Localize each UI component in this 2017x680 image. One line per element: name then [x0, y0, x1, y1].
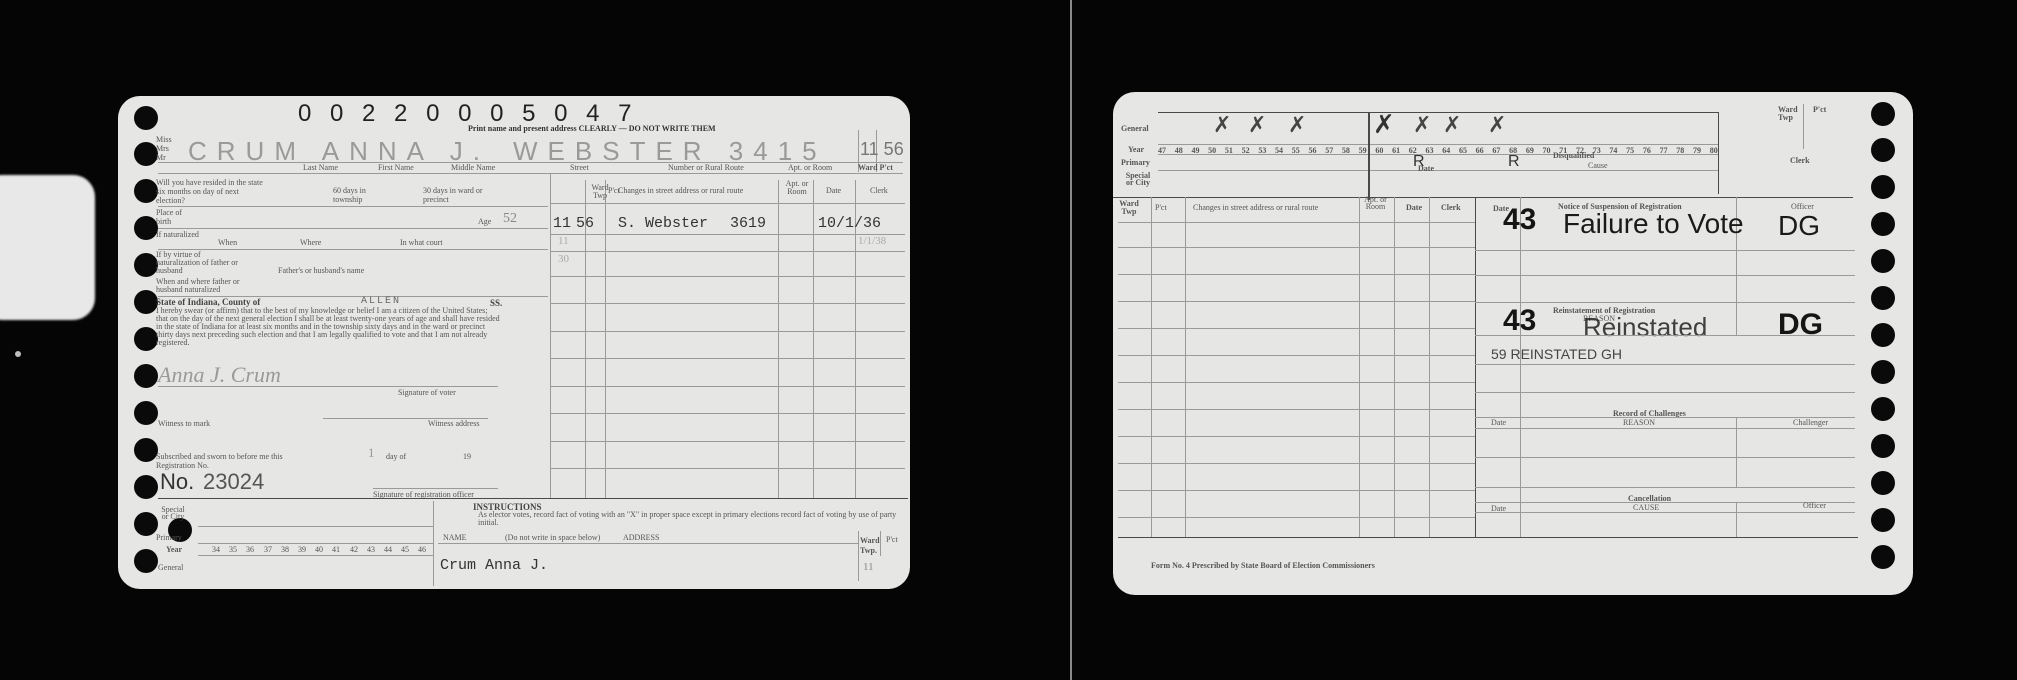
- col-ward-twp: Ward Twp: [1118, 200, 1140, 216]
- reinstatement-stamp-number: 43: [1503, 306, 1536, 336]
- index-ward-label: Ward Twp.: [860, 536, 880, 556]
- punch-hole: [134, 290, 158, 314]
- vote-mark: ✗: [1413, 114, 1431, 136]
- day-of-label: day of: [386, 453, 406, 461]
- index-name: Crum Anna J.: [440, 558, 548, 573]
- vote-mark: ✗: [1213, 114, 1231, 136]
- label-ward-pct: Ward P'ct: [858, 164, 893, 172]
- punch-hole: [1871, 286, 1895, 310]
- dont-write-label: (Do not write in space below): [505, 534, 600, 542]
- registration-card-back: General Year Primary Special or City 47 …: [1113, 92, 1913, 595]
- col-apt-room: Apt. or Room: [1363, 196, 1388, 210]
- punch-hole: [1871, 471, 1895, 495]
- punch-hole: [1871, 397, 1895, 421]
- film-frame-divider: [1070, 0, 1072, 680]
- punch-hole: [134, 216, 158, 240]
- index-pct-label: P'ct: [886, 536, 898, 544]
- punch-hole: [1871, 102, 1895, 126]
- age-label: Age: [478, 218, 491, 226]
- cancellation-officer-label: Officer: [1803, 502, 1826, 510]
- row-label-primary: Primary: [156, 534, 182, 542]
- row-label-year: Year: [166, 546, 182, 554]
- label-street: Street: [570, 164, 589, 172]
- naturalized-label: If naturalized: [156, 230, 216, 239]
- film-speck: [15, 351, 21, 357]
- row-label-general: General: [158, 564, 183, 572]
- vote-mark: ✗: [1443, 114, 1461, 136]
- punch-hole: [134, 253, 158, 277]
- cause-label: Cause: [1588, 162, 1608, 170]
- day-value: 1: [368, 446, 375, 459]
- punch-hole: [134, 549, 158, 573]
- ward-pct-handwritten: 11 56: [860, 140, 904, 158]
- residence-question: Will you have resided in the state six m…: [156, 178, 266, 205]
- col-clerk: Clerk: [1441, 204, 1461, 212]
- punch-hole: [134, 106, 158, 130]
- when-label: When: [218, 239, 237, 247]
- punch-hole: [134, 327, 158, 351]
- ward-twp-label: Ward Twp: [1778, 106, 1798, 122]
- reg-no-prefix: No.: [160, 471, 194, 493]
- row-label-general: General: [1121, 125, 1149, 133]
- punch-hole: [1871, 175, 1895, 199]
- col-clerk: Clerk: [870, 187, 888, 195]
- punch-hole: [1871, 138, 1895, 162]
- row-label-special: Special or City: [158, 506, 188, 520]
- punch-hole: [134, 142, 158, 166]
- punch-hole: [134, 438, 158, 462]
- label-middle-name: Middle Name: [451, 164, 495, 172]
- punch-hole: [1871, 434, 1895, 458]
- title-mr: Mr: [156, 154, 166, 162]
- index-ward-value: 11: [863, 562, 874, 573]
- col-date: Date: [1406, 204, 1422, 212]
- age-value: 52: [503, 212, 517, 226]
- cancellation-cause-label: CAUSE: [1633, 504, 1659, 512]
- punch-hole: [1871, 508, 1895, 532]
- punch-hole: [134, 401, 158, 425]
- disqualified-label: Disqualified: [1553, 152, 1594, 160]
- title-miss: Miss: [156, 136, 172, 144]
- thirty-days-label: 30 days in ward or precinct: [423, 186, 493, 204]
- punch-hole: [1871, 323, 1895, 347]
- back-year-row: 47 48 49 50 51 52 53 54 55 56 57 58 59 6…: [1158, 146, 1718, 155]
- row-label-year: Year: [1128, 146, 1144, 154]
- serial-number: 0 0 2 2 0 0 0 5 0 4 7: [298, 102, 638, 126]
- witness-address-label: Witness address: [428, 420, 479, 428]
- name-column-label: NAME: [443, 534, 467, 542]
- vote-mark: ✗: [1488, 114, 1506, 136]
- registration-card-front: 0 0 2 2 0 0 0 5 0 4 7 Print name and pre…: [118, 96, 910, 589]
- col-ward-twp: Ward Twp: [590, 184, 610, 200]
- label-last-name: Last Name: [303, 164, 338, 172]
- reinstatement-second-line: 59 REINSTATED GH: [1491, 347, 1622, 361]
- suspension-stamp-initials: DG: [1778, 212, 1820, 240]
- punch-hole: [134, 364, 158, 388]
- col-date: Date: [826, 187, 841, 195]
- vote-mark: ✗: [1248, 114, 1266, 136]
- punch-hole: [1871, 545, 1895, 569]
- punch-hole: [1871, 249, 1895, 273]
- punch-hole: [1871, 360, 1895, 384]
- challenges-reason-label: REASON: [1623, 419, 1655, 427]
- when-where-label: When and where father or husband natural…: [156, 278, 266, 294]
- street-handwritten: WEBSTER 3415: [513, 138, 827, 164]
- row-label-primary: Primary: [1121, 159, 1150, 167]
- date-label: Date: [1418, 165, 1434, 173]
- punch-hole: [134, 512, 158, 536]
- subscribed-label: Subscribed and sworn to before me this: [156, 453, 283, 461]
- pct-label: P'ct: [1813, 106, 1826, 114]
- registration-number: 23024: [203, 471, 264, 493]
- reinstatement-stamp-text: Reinstated: [1583, 314, 1707, 340]
- virtue-label: If by virtue of naturalization of father…: [156, 251, 246, 275]
- label-number: Number or Rural Route: [668, 164, 744, 172]
- name-handwritten: CRUM ANNA J.: [188, 138, 490, 164]
- title-mrs: Mrs: [156, 145, 169, 153]
- punch-hole: [134, 179, 158, 203]
- col-pct: P'ct: [1155, 204, 1167, 212]
- header-note: Print name and present address CLEARLY —…: [468, 125, 716, 133]
- vote-mark: ✗: [1373, 112, 1395, 138]
- punch-hole: [134, 475, 158, 499]
- suspension-stamp-number: 43: [1503, 205, 1536, 235]
- sixty-days-label: 60 days in township: [333, 186, 393, 204]
- film-tab-shape: [0, 175, 95, 320]
- col-changes: Changes in street address or rural route: [618, 187, 743, 195]
- primary-mark: R: [1508, 154, 1520, 170]
- signature-label: Signature of voter: [398, 389, 456, 397]
- row-label-special: Special or City: [1123, 172, 1153, 186]
- label-apt: Apt. or Room: [788, 164, 832, 172]
- instructions-text: As elector votes, record fact of voting …: [478, 511, 898, 527]
- voter-signature: Anna J. Crum: [158, 364, 281, 386]
- col-apt-room: Apt. or Room: [782, 180, 812, 196]
- clerk-label: Clerk: [1790, 157, 1810, 165]
- fathers-name-label: Father's or husband's name: [278, 267, 364, 275]
- vote-mark: ✗: [1288, 114, 1306, 136]
- year-prefix: 19: [463, 453, 471, 461]
- birth-label: Place of birth: [156, 208, 196, 226]
- address-column-label: ADDRESS: [623, 534, 659, 542]
- form-footer: Form No. 4 Prescribed by State Board of …: [1151, 562, 1375, 570]
- where-label: Where: [300, 239, 321, 247]
- label-first-name: First Name: [378, 164, 414, 172]
- punch-hole: [1871, 212, 1895, 236]
- col-changes: Changes in street address or rural route: [1193, 204, 1318, 212]
- witness-mark-label: Witness to mark: [158, 420, 210, 428]
- suspension-stamp-text: Failure to Vote: [1563, 210, 1744, 238]
- challenges-challenger-label: Challenger: [1793, 419, 1828, 427]
- court-label: In what court: [400, 239, 443, 247]
- challenges-date-label: Date: [1491, 419, 1506, 427]
- oath-text: I hereby swear (or affirm) that to the b…: [156, 307, 501, 347]
